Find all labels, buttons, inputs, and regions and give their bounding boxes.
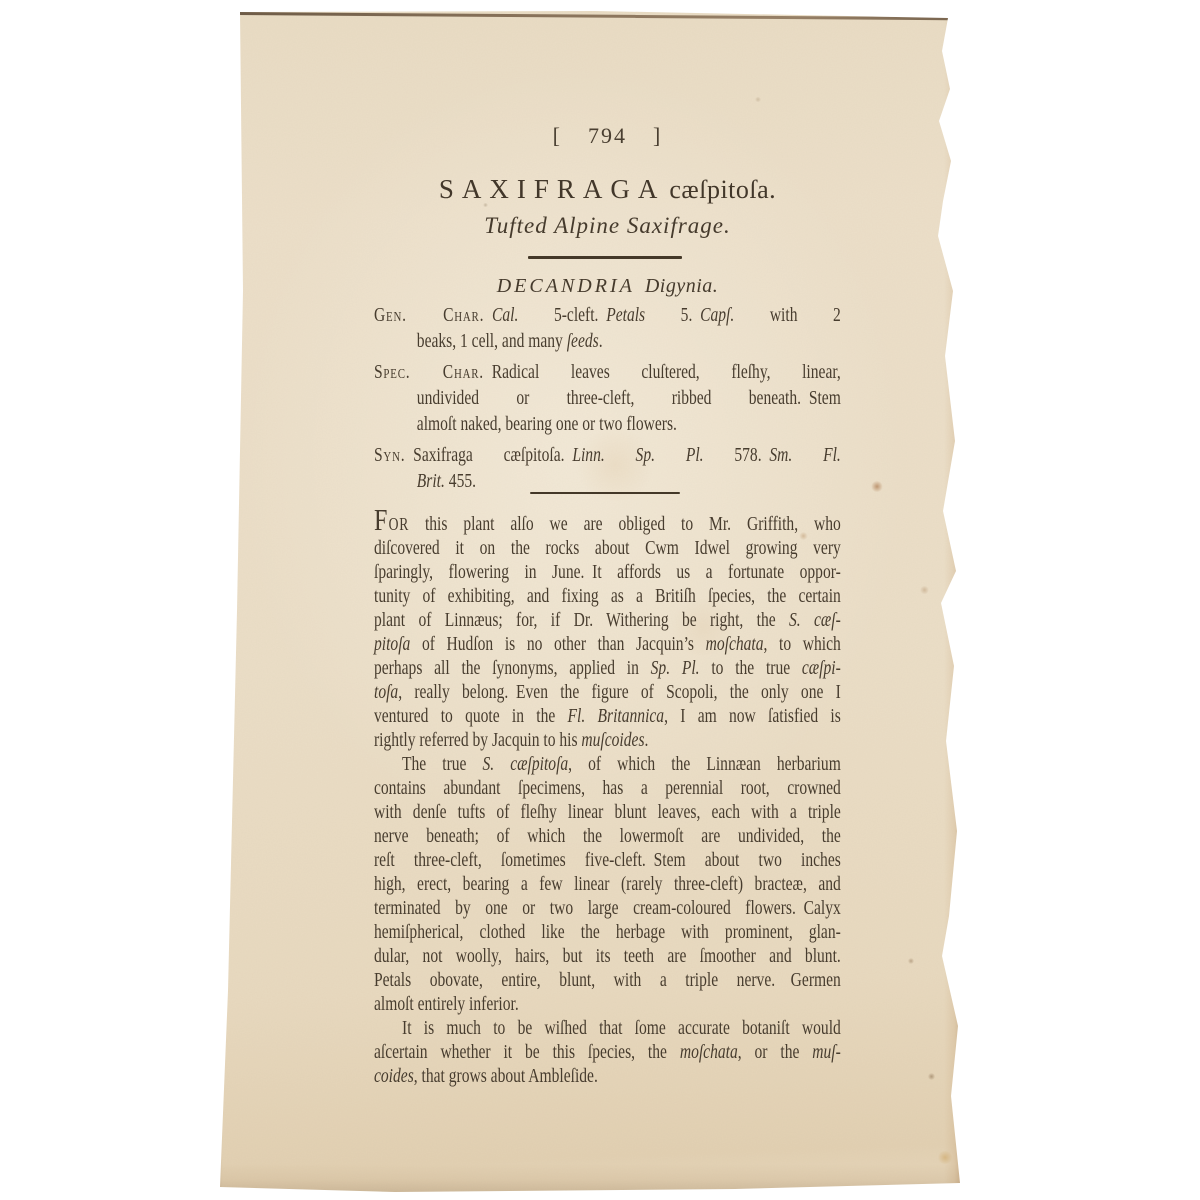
text-run: The true xyxy=(402,753,483,775)
text-line: contains abundant ſpecimens, has a peren… xyxy=(374,776,841,800)
body-text: FOR this plant alſo we are obliged to Mr… xyxy=(374,512,841,1088)
text-run: aſcertain whether it be this ſpecies, th… xyxy=(374,1041,680,1063)
text-run: beaks, 1 cell, and many xyxy=(417,330,567,352)
text-run: almoſt naked, bearing one or two flowers… xyxy=(417,413,677,435)
text-run: . xyxy=(645,729,649,751)
text-run: Linn. Sp. Pl. xyxy=(572,444,703,466)
text-run: Cal. xyxy=(492,304,518,326)
book-page: [ 794 ] SAXIFRAGAcæſpitoſa. Tufted Alpin… xyxy=(215,11,960,1192)
text-line: aſcertain whether it be this ſpecies, th… xyxy=(374,1040,841,1064)
text-run: with 2 xyxy=(734,304,841,326)
stain xyxy=(928,1073,935,1080)
classification-line: DECANDRIADigynia. xyxy=(374,275,841,298)
text-run: Brit. xyxy=(417,470,445,492)
text-line: nerve beneath; of which the lowermoſt ar… xyxy=(374,824,841,848)
text-line: FOR this plant alſo we are obliged to Mr… xyxy=(374,512,841,536)
text-run: moſchata xyxy=(706,633,764,655)
page-left-shading xyxy=(215,11,223,1192)
text-run xyxy=(484,304,492,326)
text-run: almoſt entirely inferior. xyxy=(374,993,519,1015)
linnaean-class: DECANDRIA xyxy=(497,275,635,297)
paragraph: FOR this plant alſo we are obliged to Mr… xyxy=(374,512,841,752)
text-run: Fl. Britannica xyxy=(568,705,665,727)
divider-rule-top xyxy=(528,256,682,259)
text-run: nerve beneath; of which the lowermoſt ar… xyxy=(374,825,841,847)
text-run: muſ- xyxy=(812,1041,841,1063)
section-label: Spec. Char. xyxy=(374,361,484,383)
stain xyxy=(920,586,929,594)
text-line: Brit. 455. xyxy=(374,468,841,494)
common-name: Tufted Alpine Saxifrage. xyxy=(374,213,841,239)
text-line: hemiſpherical, clothed like the herbage … xyxy=(374,920,841,944)
page-bottom-shading xyxy=(215,1164,960,1192)
genus-name: SAXIFRAGA xyxy=(439,174,666,204)
text-run: Capſ. xyxy=(700,304,734,326)
text-line: reſt three-cleft, ſometimes five-cleft. … xyxy=(374,848,841,872)
text-line: undivided or three-cleft, ribbed beneath… xyxy=(374,385,841,411)
text-line: beaks, 1 cell, and many ſeeds. xyxy=(374,328,841,354)
text-line: ventured to quote in the Fl. Britannica,… xyxy=(374,704,841,728)
spec-char-entry: Spec. Char. Radical leaves cluſtered, fl… xyxy=(374,359,841,437)
page-number: [ 794 ] xyxy=(374,123,841,149)
text-line: high, erect, bearing a few linear (rarel… xyxy=(374,872,841,896)
text-run: OR xyxy=(389,514,409,534)
text-run: 5. xyxy=(645,304,700,326)
text-line: It is much to be wiſhed that ſome accura… xyxy=(374,1016,841,1040)
text-run: S. cæſpitoſa xyxy=(483,753,569,775)
section-label: Gen. Char. xyxy=(374,304,484,326)
species-title: SAXIFRAGAcæſpitoſa. xyxy=(374,174,841,205)
page-top-edge xyxy=(235,12,951,20)
text-line: tunity of exhibiting, and fixing as a Br… xyxy=(374,584,841,608)
text-run: ſeeds xyxy=(567,330,599,352)
stain xyxy=(871,481,883,492)
text-line: diſcovered it on the rocks about Cwm Idw… xyxy=(374,536,841,560)
text-line: plant of Linnæus; for, if Dr. Withering … xyxy=(374,608,841,632)
text-run: tunity of exhibiting, and fixing as a Br… xyxy=(374,585,841,607)
text-run: 5-cleft. xyxy=(518,304,606,326)
text-run: , that grows about Ambleſide. xyxy=(414,1065,598,1087)
text-run: to the true xyxy=(700,657,802,679)
section-label: Syn. xyxy=(374,444,405,466)
text-line: The true S. cæſpitoſa, of which the Linn… xyxy=(374,752,841,776)
text-run: . xyxy=(599,330,603,352)
species-epithet: cæſpitoſa. xyxy=(669,175,776,204)
text-run: plant of Linnæus; for, if Dr. Withering … xyxy=(374,609,789,631)
text-line: perhaps all the ſynonyms, applied in Sp.… xyxy=(374,656,841,680)
text-line: Petals obovate, entire, blunt, with a tr… xyxy=(374,968,841,992)
text-line: pitoſa of Hudſon is no other than Jacqui… xyxy=(374,632,841,656)
text-run: reſt three-cleft, ſometimes five-cleft. … xyxy=(374,849,841,871)
text-line: Syn. Saxifraga cæſpitoſa. Linn. Sp. Pl. … xyxy=(374,442,841,468)
text-run: S. cæſ- xyxy=(789,609,841,631)
text-run: cæſpi- xyxy=(802,657,841,679)
text-run: Petals obovate, entire, blunt, with a tr… xyxy=(374,969,841,991)
text-line: with denſe tufts of fleſhy linear blunt … xyxy=(374,800,841,824)
text-run: 578. xyxy=(704,444,770,466)
text-run: Saxifraga cæſpitoſa. xyxy=(405,444,572,466)
text-run: this plant alſo we are obliged to Mr. Gr… xyxy=(409,513,841,535)
initial-capital: F xyxy=(374,502,389,537)
paragraph: The true S. cæſpitoſa, of which the Linn… xyxy=(374,752,841,1016)
text-run: , of which the Linnæan herbarium xyxy=(568,753,841,775)
text-run: perhaps all the ſynonyms, applied in xyxy=(374,657,651,679)
text-run: moſchata xyxy=(680,1041,738,1063)
linnaean-order: Digynia. xyxy=(645,275,718,297)
synonym-entry: Syn. Saxifraga cæſpitoſa. Linn. Sp. Pl. … xyxy=(374,442,841,494)
text-run: undivided or three-cleft, ribbed beneath… xyxy=(417,387,841,409)
stain xyxy=(908,958,914,964)
text-line: rightly referred by Jacquin to his muſco… xyxy=(374,728,841,752)
paragraph: It is much to be wiſhed that ſome accura… xyxy=(374,1016,841,1088)
text-run: , or the xyxy=(738,1041,813,1063)
text-run: rightly referred by Jacquin to his xyxy=(374,729,581,751)
text-line: coides, that grows about Ambleſide. xyxy=(374,1064,841,1088)
text-run: ſparingly, flowering in June. It affords… xyxy=(374,561,841,583)
text-run: , to which xyxy=(764,633,841,655)
text-run: dular, not woolly, hairs, but its teeth … xyxy=(374,945,841,967)
text-run: of Hudſon is no other than Jacquin’s xyxy=(410,633,705,655)
text-line: almoſt naked, bearing one or two flowers… xyxy=(374,411,841,437)
text-line: terminated by one or two large cream-col… xyxy=(374,896,841,920)
scan-background: [ 794 ] SAXIFRAGAcæſpitoſa. Tufted Alpin… xyxy=(0,0,1200,1200)
divider-rule-mid xyxy=(530,492,680,494)
text-run: Sm. Fl. xyxy=(769,444,840,466)
text-line: dular, not woolly, hairs, but its teeth … xyxy=(374,944,841,968)
text-line: Spec. Char. Radical leaves cluſtered, fl… xyxy=(374,359,841,385)
text-run: Petals xyxy=(606,304,645,326)
text-run: , I am now ſatisfied is xyxy=(664,705,841,727)
deckle-edge-shading xyxy=(944,11,960,1192)
text-run: pitoſa xyxy=(374,633,410,655)
text-line: toſa, really belong. Even the figure of … xyxy=(374,680,841,704)
text-run: muſcoides xyxy=(581,729,644,751)
text-run: coides xyxy=(374,1065,414,1087)
gen-char-entry: Gen. Char. Cal. 5-cleft. Petals 5. Capſ.… xyxy=(374,302,841,354)
text-line: ſparingly, flowering in June. It affords… xyxy=(374,560,841,584)
text-run: high, erect, bearing a few linear (rarel… xyxy=(374,873,841,895)
text-run: terminated by one or two large cream-col… xyxy=(374,897,841,919)
text-run: hemiſpherical, clothed like the herbage … xyxy=(374,921,841,943)
text-run: diſcovered it on the rocks about Cwm Idw… xyxy=(374,537,841,559)
text-run: with denſe tufts of fleſhy linear blunt … xyxy=(374,801,841,823)
text-run: contains abundant ſpecimens, has a peren… xyxy=(374,777,841,799)
stain xyxy=(755,97,761,102)
text-line: Gen. Char. Cal. 5-cleft. Petals 5. Capſ.… xyxy=(374,302,841,328)
text-run: Radical leaves cluſtered, fleſhy, linear… xyxy=(484,361,841,383)
characters-block: Gen. Char. Cal. 5-cleft. Petals 5. Capſ.… xyxy=(374,302,841,494)
text-run: Sp. Pl. xyxy=(651,657,700,679)
text-line: almoſt entirely inferior. xyxy=(374,992,841,1016)
text-run: , really belong. Even the figure of Scop… xyxy=(398,681,841,703)
text-run: It is much to be wiſhed that ſome accura… xyxy=(402,1017,841,1039)
text-run: 455. xyxy=(445,470,476,492)
text-run: ventured to quote in the xyxy=(374,705,568,727)
text-run: toſa xyxy=(374,681,398,703)
